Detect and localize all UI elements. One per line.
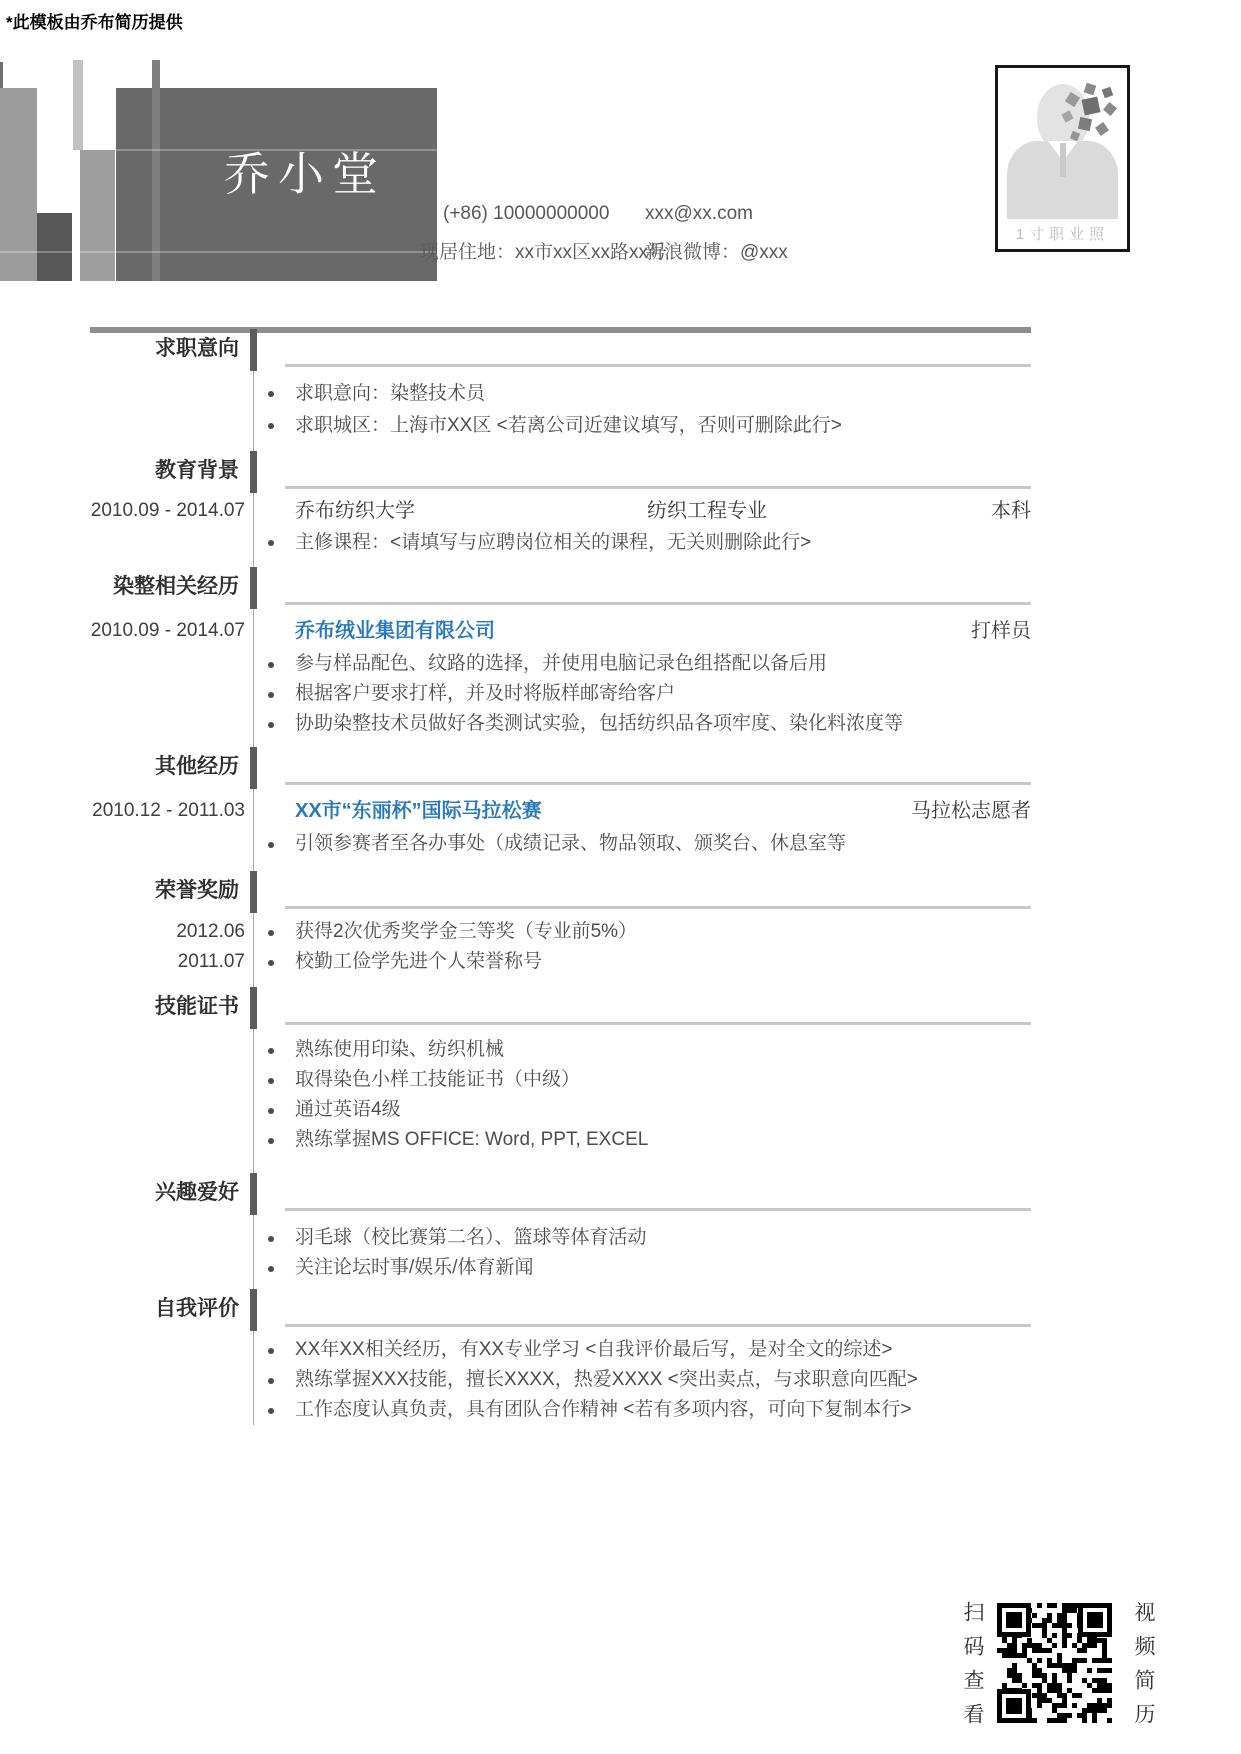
date-range: 2010.12 - 2011.03: [90, 793, 253, 829]
date: 2011.07: [90, 947, 253, 977]
date-range: 2010.09 - 2014.07: [90, 495, 253, 527]
section-title: 其他经历: [90, 751, 253, 783]
email-address: xxx@xx.com: [645, 203, 753, 225]
section-self-evaluation: 自我评价 XX年XX相关经历，有XX专业学习 <自我评价最后写，是对全文的综述>…: [90, 1293, 1031, 1425]
home-address: 现居住地：xx市xx区xx路xx号: [420, 237, 667, 264]
section-title: 荣誉奖励: [90, 875, 253, 907]
list-item: 主修课程：<请填写与应聘岗位相关的课程，无关则删除此行>: [90, 527, 1031, 559]
event-name: XX市“东丽杯”国际马拉松赛: [295, 793, 542, 829]
list-item: 协助染整技术员做好各类测试实验，包括纺织品各项牢度、染化料浓度等: [90, 709, 1031, 739]
education-row: 2010.09 - 2014.07 乔布纺织大学 纺织工程专业 本科: [90, 495, 1031, 527]
header-decoration-bar: [73, 60, 83, 150]
experience-row: 2010.09 - 2014.07 乔布绒业集团有限公司 打样员: [90, 613, 1031, 649]
date: 2012.06: [90, 917, 253, 947]
list-item: 熟练使用印染、纺织机械: [90, 1035, 1031, 1065]
date-range: 2010.09 - 2014.07: [90, 613, 253, 649]
section-other-experience: 其他经历 2010.12 - 2011.03 XX市“东丽杯”国际马拉松赛 马拉…: [90, 751, 1031, 859]
list-item: 求职意向：染整技术员: [90, 378, 1031, 410]
experience-row: 2010.12 - 2011.03 XX市“东丽杯”国际马拉松赛 马拉松志愿者: [90, 793, 1031, 829]
qr-finder-pattern: [997, 1689, 1031, 1723]
qr-code: [997, 1603, 1112, 1723]
photo-decoration: [1059, 82, 1121, 146]
school-name: 乔布纺织大学: [295, 495, 647, 527]
company-name: 乔布绒业集团有限公司: [295, 613, 495, 649]
list-item: 熟练掌握MS OFFICE: Word, PPT, EXCEL: [90, 1125, 1031, 1155]
section-title-bar: [250, 987, 257, 1029]
list-item: 通过英语4级: [90, 1095, 1031, 1125]
list-item: 羽毛球（校比赛第二名）、篮球等体育活动: [90, 1223, 1031, 1253]
qr-finder-pattern: [1078, 1603, 1112, 1637]
photo-silhouette-body: [1007, 141, 1118, 219]
resume-page: *此模板由乔布简历提供 乔小堂 (+86) 10000000000 xxx@xx…: [0, 0, 1241, 1754]
section-title-bar: [250, 329, 257, 371]
template-note: *此模板由乔布简历提供: [6, 8, 183, 33]
list-item: 关注论坛时事/娱乐/体育新闻: [90, 1253, 1031, 1283]
section-title-bar: [250, 1289, 257, 1331]
honor-row: 2011.07 校勤工俭学先进个人荣誉称号: [90, 947, 1031, 977]
section-title: 技能证书: [90, 991, 253, 1023]
section-title-bar: [250, 451, 257, 493]
scan-code-label: 扫码查看: [957, 1601, 987, 1737]
weibo-handle: 新浪微博：@xxx: [645, 237, 788, 264]
list-item: XX年XX相关经历，有XX专业学习 <自我评价最后写，是对全文的综述>: [90, 1335, 1031, 1365]
header-decoration-line: [0, 251, 437, 253]
header-decoration-bar: [37, 213, 72, 281]
section-hobbies: 兴趣爱好 羽毛球（校比赛第二名）、篮球等体育活动 关注论坛时事/娱乐/体育新闻: [90, 1177, 1031, 1283]
section-title: 染整相关经历: [90, 571, 253, 603]
header-decoration-bar: [0, 62, 3, 88]
list-item: 参与样品配色、纹路的选择，并使用电脑记录色组搭配以备后用: [90, 649, 1031, 679]
list-item: 工作态度认真负责，具有团队合作精神 <若有多项内容，可向下复制本行>: [90, 1395, 1031, 1425]
qr-finder-pattern: [997, 1603, 1031, 1637]
job-title: 打样员: [971, 613, 1031, 649]
list-item: 求职城区：上海市XX区 <若离公司近建议填写，否则可删除此行>: [90, 410, 1031, 442]
list-item: 熟练掌握XXX技能，擅长XXXX，热爱XXXX <突出卖点，与求职意向匹配>: [90, 1365, 1031, 1395]
section-dyeing-experience: 染整相关经历 2010.09 - 2014.07 乔布绒业集团有限公司 打样员: [90, 571, 1031, 739]
major-name: 纺织工程专业: [647, 495, 991, 527]
photo-silhouette-tie: [1060, 143, 1066, 177]
list-item: 根据客户要求打样，并及时将版样邮寄给客户: [90, 679, 1031, 709]
section-skills: 技能证书 熟练使用印染、纺织机械 取得染色小样工技能证书（中级） 通过英语4级: [90, 991, 1031, 1155]
section-education: 教育背景 2010.09 - 2014.07 乔布纺织大学 纺织工程专业 本科: [90, 455, 1031, 559]
resume-body: 求职意向 求职意向：染整技术员 求职城区：上海市XX区 <若离公司近建议填写，否…: [90, 333, 1031, 1425]
phone-number: (+86) 10000000000: [443, 203, 609, 225]
header-decoration-bar: [80, 150, 115, 281]
section-objective: 求职意向 求职意向：染整技术员 求职城区：上海市XX区 <若离公司近建议填写，否…: [90, 333, 1031, 442]
section-title: 自我评价: [90, 1293, 253, 1325]
section-title-bar: [250, 747, 257, 789]
degree-name: 本科: [991, 495, 1031, 527]
list-item: 引领参赛者至各办事处（成绩记录、物品领取、颁奖台、休息室等: [90, 829, 1031, 859]
section-title-bar: [250, 871, 257, 913]
candidate-name: 乔小堂: [224, 138, 386, 204]
profile-photo: 1寸职业照: [995, 65, 1130, 252]
section-title-bar: [250, 1173, 257, 1215]
photo-caption: 1寸职业照: [998, 223, 1127, 244]
section-honors: 荣誉奖励 2012.06 获得2次优秀奖学金三等奖（专业前5%） 2011.07…: [90, 875, 1031, 977]
header-decoration-bar: [152, 60, 160, 281]
video-resume-label: 视频简历: [1128, 1601, 1158, 1737]
section-title-bar: [250, 567, 257, 609]
section-title: 兴趣爱好: [90, 1177, 253, 1209]
section-title: 教育背景: [90, 455, 253, 487]
section-title: 求职意向: [90, 333, 253, 365]
role-title: 马拉松志愿者: [911, 793, 1031, 829]
honor-row: 2012.06 获得2次优秀奖学金三等奖（专业前5%）: [90, 917, 1031, 947]
list-item: 取得染色小样工技能证书（中级）: [90, 1065, 1031, 1095]
